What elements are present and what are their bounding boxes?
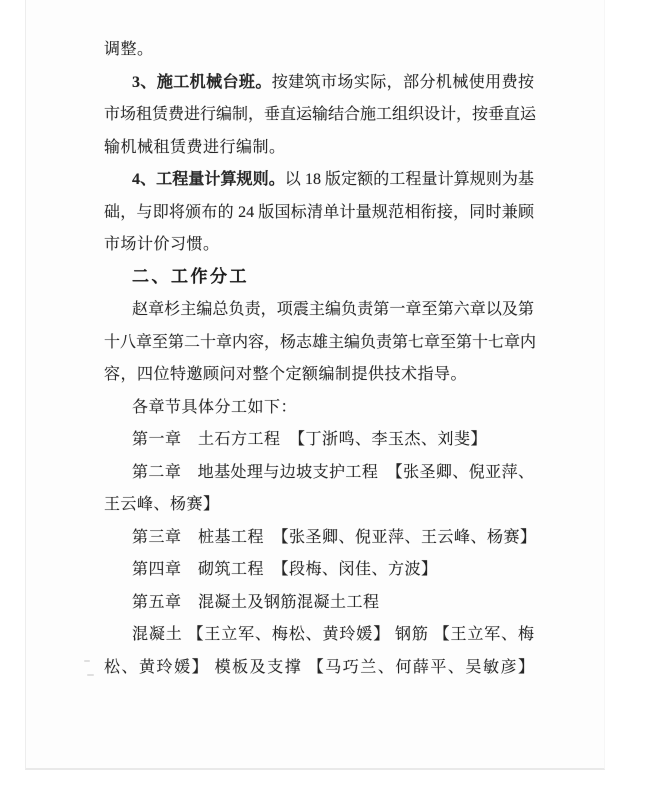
text-line: 十八章至第二十章内容，杨志雄主编负责第七章至第十七章内 — [104, 332, 534, 356]
text-segment: 第四章 砌筑工程 【段梅、闵佳、方波】 — [132, 561, 438, 578]
text-line: 市场计价习惯。 — [104, 234, 220, 258]
chapter-assignment-line: 第五章 混凝土及钢筋混凝土工程 — [132, 592, 380, 616]
text-segment: 输机械租赁费进行编制。 — [104, 139, 286, 156]
text-segment: 赵章杉主编总负责，项震主编负责第一章至第六章以及第 — [132, 301, 534, 318]
text-segment: 第五章 混凝土及钢筋混凝土工程 — [132, 594, 380, 611]
text-segment: 容，四位特邀顾问对整个定额编制提供技术指导。 — [104, 366, 467, 383]
text-segment: 王云峰、杨赛】 — [104, 496, 220, 513]
text-segment: 混凝土 【王立军、梅松、黄玲媛】 钢筋 【王立军、梅 — [132, 626, 534, 643]
text-line: 各章节具体分工如下： — [132, 397, 297, 421]
page-background: 调整。 3、施工机械台班。按建筑市场实际，部分机械使用费按 市场租赁费进行编制，… — [0, 0, 652, 791]
text-line: 3、施工机械台班。按建筑市场实际，部分机械使用费按 — [132, 72, 534, 96]
chapter-assignment-line: 第四章 砌筑工程 【段梅、闵佳、方波】 — [132, 559, 438, 583]
text-segment: 第一章 土石方工程 【丁浙鸣、李玉杰、刘斐】 — [132, 431, 487, 448]
text-segment: 十八章至第二十章内容，杨志雄主编负责第七章至第十七章内 — [104, 334, 536, 351]
chapter-assignment-line: 第二章 地基处理与边坡支护工程 【张圣卿、倪亚萍、 — [132, 462, 534, 486]
section-heading-work-division: 二、工作分工 — [132, 266, 249, 290]
text-segment: 按建筑市场实际，部分机械使用费按 — [272, 74, 534, 91]
chapter-assignment-line: 第一章 土石方工程 【丁浙鸣、李玉杰、刘斐】 — [132, 429, 487, 453]
text-line: 4、工程量计算规则。以 18 版定额的工程量计算规则为基 — [132, 169, 534, 193]
text-segment: 第三章 桩基工程 【张圣卿、倪亚萍、王云峰、杨赛】 — [132, 529, 537, 546]
text-segment: 础，与即将颁布的 24 版国标清单计量规范相衔接，同时兼顾 — [104, 204, 534, 221]
text-segment: 第二章 地基处理与边坡支护工程 【张圣卿、倪亚萍、 — [132, 464, 534, 481]
run-in-heading: 3、施工机械台班。 — [132, 74, 272, 91]
text-segment: 调整。 — [104, 41, 154, 58]
text-line: 赵章杉主编总负责，项震主编负责第一章至第六章以及第 — [132, 299, 534, 323]
chapter-assignment-line: 松、黄玲媛】 模板及支撑 【马巧兰、何薛平、吴敏彦】 — [104, 657, 534, 681]
text-segment: 以 18 版定额的工程量计算规则为基 — [285, 171, 534, 188]
text-line: 础，与即将颁布的 24 版国标清单计量规范相衔接，同时兼顾 — [104, 202, 534, 226]
text-segment: 松、黄玲媛】 模板及支撑 【马巧兰、何薛平、吴敏彦】 — [104, 659, 534, 676]
text-line: 容，四位特邀顾问对整个定额编制提供技术指导。 — [104, 364, 467, 388]
text-line: 输机械租赁费进行编制。 — [104, 137, 286, 161]
run-in-heading: 4、工程量计算规则。 — [132, 171, 285, 188]
chapter-assignment-line: 混凝土 【王立军、梅松、黄玲媛】 钢筋 【王立军、梅 — [132, 624, 534, 648]
chapter-assignment-line: 王云峰、杨赛】 — [104, 494, 220, 518]
text-segment: 市场租赁费进行编制，垂直运输结合施工组织设计，按垂直运 — [104, 106, 536, 123]
text-line: 市场租赁费进行编制，垂直运输结合施工组织设计，按垂直运 — [104, 104, 534, 128]
text-line: 调整。 — [104, 39, 154, 63]
scan-speck — [84, 660, 90, 662]
text-segment: 市场计价习惯。 — [104, 236, 220, 253]
scan-speck — [87, 674, 94, 676]
text-segment: 各章节具体分工如下： — [132, 399, 297, 416]
chapter-assignment-line: 第三章 桩基工程 【张圣卿、倪亚萍、王云峰、杨赛】 — [132, 527, 537, 551]
heading-text: 二、工作分工 — [132, 267, 249, 286]
